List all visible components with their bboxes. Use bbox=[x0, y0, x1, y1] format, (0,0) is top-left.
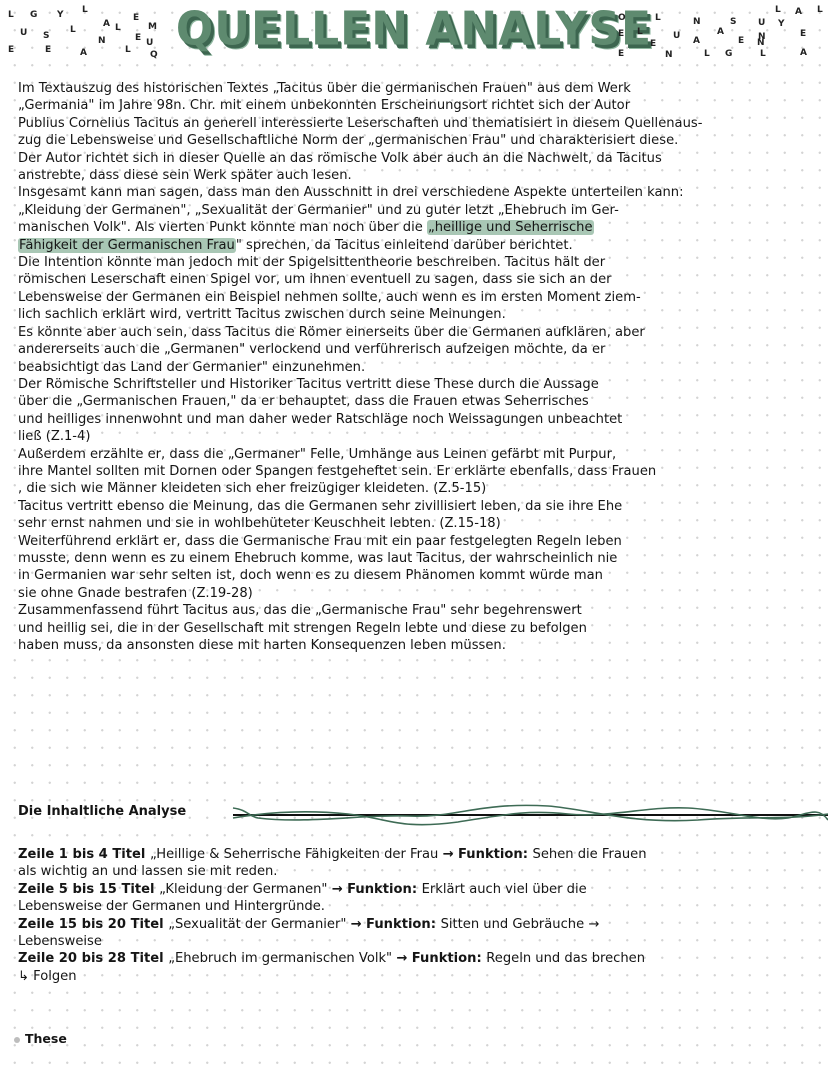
highlighted-text: „heillige und Seherrische bbox=[427, 220, 594, 235]
decorative-letter: L bbox=[775, 5, 781, 15]
function-label: Funktion: bbox=[458, 847, 533, 862]
text-line: Weiterführend erklärt er, dass die Germa… bbox=[18, 533, 828, 550]
source-analysis-text: Im Textauszug des historischen Textes „T… bbox=[18, 80, 828, 654]
text-line: Tacitus vertritt ebenso die Meinung, das… bbox=[18, 498, 828, 515]
analysis-row: Zeile 5 bis 15 Titel „Kleidung der Germa… bbox=[18, 881, 828, 898]
text-line: römischen Leserschaft einen Spigel vor, … bbox=[18, 271, 828, 288]
bullet-icon bbox=[14, 1037, 20, 1043]
analysis-row: Zeile 20 bis 28 Titel „Ehebruch im germa… bbox=[18, 950, 828, 967]
decorative-letter: N bbox=[693, 17, 701, 27]
aspects-line: „Kleidung der Germanen", „Sexualität der… bbox=[18, 202, 828, 219]
line-range: Zeile 1 bis 4 bbox=[18, 847, 112, 862]
decorative-letter: A bbox=[800, 48, 807, 58]
header-banner: LGYLALEMUSLNEUEEALQ QUELLEN ANALYSE LALO… bbox=[0, 0, 828, 70]
aspects-line: Fähigkeit der Germanischen Frau" spreche… bbox=[18, 237, 828, 254]
content-analysis-list: Zeile 1 bis 4 Titel „Heillige & Seherris… bbox=[18, 846, 828, 985]
content-analysis-header: Die Inhaltliche Analyse bbox=[18, 800, 828, 830]
decorative-letter: N bbox=[665, 50, 673, 60]
aspects-text: " sprechen, da Tacitus einleitend darübe… bbox=[236, 238, 573, 253]
function-label: Funktion: bbox=[347, 882, 422, 897]
decorative-letter: S bbox=[730, 17, 736, 27]
text-line: ihre Mantel sollten mit Dornen oder Span… bbox=[18, 463, 828, 480]
decorative-letter: A bbox=[795, 7, 802, 17]
decorative-letter: N bbox=[757, 38, 765, 48]
text-line: beabsichtigt das Land der Germanier" ein… bbox=[18, 359, 828, 376]
row-title: „Sexualität der Germanier" bbox=[168, 917, 350, 932]
thesis-item: These bbox=[14, 1031, 67, 1046]
decorative-letter: E bbox=[650, 39, 656, 49]
function-text: Regeln und das brechen bbox=[486, 951, 645, 966]
text-line: Im Textauszug des historischen Textes „T… bbox=[18, 80, 828, 97]
function-label: Funktion: bbox=[366, 917, 441, 932]
text-line: sie ohne Gnade bestrafen (Z.19-28) bbox=[18, 585, 828, 602]
analysis-row-continuation: ↳ Folgen bbox=[18, 968, 828, 985]
text-line: Publius Cornelius Tacitus an generell in… bbox=[18, 115, 828, 132]
line-range: Zeile 5 bis 15 bbox=[18, 882, 121, 897]
analysis-row-continuation: als wichtig an und lassen sie mit reden. bbox=[18, 863, 828, 880]
aspects-text: manischen Volk". Als vierten Punkt könnt… bbox=[18, 220, 427, 235]
text-line: ließ (Z.1-4) bbox=[18, 428, 828, 445]
function-text: Sehen die Frauen bbox=[533, 847, 647, 862]
section-heading: Die Inhaltliche Analyse bbox=[18, 804, 186, 819]
function-text: Sitten und Gebräuche → bbox=[441, 917, 600, 932]
analysis-paragraphs: Die Intention könnte man jedoch mit der … bbox=[18, 254, 828, 654]
decorative-letter: O bbox=[618, 13, 626, 23]
line-range: Zeile 20 bis 28 bbox=[18, 951, 131, 966]
arrow-icon: → bbox=[442, 847, 458, 862]
text-line: sehr ernst nahmen und sie in wohlbehütet… bbox=[18, 515, 828, 532]
row-title: „Kleidung der Germanen" bbox=[159, 882, 332, 897]
text-line: Lebensweise der Germanen ein Beispiel ne… bbox=[18, 289, 828, 306]
function-text: Erklärt auch viel über die bbox=[422, 882, 587, 897]
decorative-letter: A bbox=[717, 27, 724, 37]
decorative-letter: U bbox=[758, 18, 765, 28]
arrow-icon: → bbox=[332, 882, 348, 897]
text-line: in Germanien war sehr selten ist, doch w… bbox=[18, 567, 828, 584]
text-line: Außerdem erzählte er, dass die „Germaner… bbox=[18, 446, 828, 463]
text-line: „Germania" im Jahre 98n. Chr. mit einem … bbox=[18, 97, 828, 114]
line-range: Zeile 15 bis 20 bbox=[18, 917, 131, 932]
decorative-letter: E bbox=[618, 29, 624, 39]
title-label: Titel bbox=[112, 847, 150, 862]
aspects-line: manischen Volk". Als vierten Punkt könnt… bbox=[18, 219, 828, 236]
title-label: Titel bbox=[131, 951, 169, 966]
text-line: und heilliges innenwohnt und man daher w… bbox=[18, 411, 828, 428]
analysis-row: Zeile 1 bis 4 Titel „Heillige & Seherris… bbox=[18, 846, 828, 863]
arrow-icon: → bbox=[396, 951, 412, 966]
decorative-letter: E bbox=[800, 29, 806, 39]
analysis-row-continuation: Lebensweise der Germanen und Hintergründ… bbox=[18, 898, 828, 915]
decorative-letter: A bbox=[693, 36, 700, 46]
decorative-letter: L bbox=[637, 27, 643, 37]
decorative-letter: L bbox=[704, 49, 710, 59]
text-line: anstrebte, dass diese sein Werk später a… bbox=[18, 167, 828, 184]
thesis-label: These bbox=[25, 1031, 67, 1046]
analysis-row-continuation: Lebensweise bbox=[18, 933, 828, 950]
text-line: Es könnte aber auch sein, dass Tacitus d… bbox=[18, 324, 828, 341]
decorative-letter: Y bbox=[778, 19, 785, 29]
decorative-letter: G bbox=[725, 49, 732, 59]
aspects-line: Insgesamt kann man sagen, dass man den A… bbox=[18, 184, 828, 201]
text-line: , die sich wie Männer kleideten sich ehe… bbox=[18, 480, 828, 497]
text-line: haben muss, da ansonsten diese mit harte… bbox=[18, 637, 828, 654]
title-label: Titel bbox=[131, 917, 169, 932]
text-line: Zusammenfassend führt Tacitus aus, das d… bbox=[18, 602, 828, 619]
text-line: Die Intention könnte man jedoch mit der … bbox=[18, 254, 828, 271]
text-line: lich sachlich erklärt wird, vertritt Tac… bbox=[18, 306, 828, 323]
decorative-letter: L bbox=[760, 49, 766, 59]
row-title: „Ehebruch im germanischen Volk" bbox=[168, 951, 396, 966]
intro-paragraph: Im Textauszug des historischen Textes „T… bbox=[18, 80, 828, 184]
text-line: Der Römische Schriftsteller und Historik… bbox=[18, 376, 828, 393]
wavy-divider bbox=[228, 800, 828, 830]
title-label: Titel bbox=[121, 882, 159, 897]
function-label: Funktion: bbox=[412, 951, 487, 966]
highlighted-text: Fähigkeit der Germanischen Frau bbox=[18, 238, 236, 253]
text-line: andererseits auch die „Germanen" verlock… bbox=[18, 341, 828, 358]
decorative-letter: E bbox=[618, 49, 624, 59]
text-line: und heillig sei, die in der Gesellschaft… bbox=[18, 620, 828, 637]
decorative-letter: U bbox=[673, 31, 680, 41]
arrow-icon: → bbox=[351, 917, 367, 932]
decorative-letter: E bbox=[738, 36, 744, 46]
analysis-row: Zeile 15 bis 20 Titel „Sexualität der Ge… bbox=[18, 916, 828, 933]
row-title: „Heillige & Seherrische Fähigkeiten der … bbox=[150, 847, 443, 862]
decorative-letter: L bbox=[817, 5, 823, 15]
text-line: zug die Lebensweise und Gesellschaftlich… bbox=[18, 132, 828, 149]
decorative-letter: L bbox=[655, 13, 661, 23]
text-line: musste, denn wenn es zu einem Ehebruch k… bbox=[18, 550, 828, 567]
text-line: über die „Germanischen Frauen," da er be… bbox=[18, 393, 828, 410]
text-line: Der Autor richtet sich in dieser Quelle … bbox=[18, 150, 828, 167]
